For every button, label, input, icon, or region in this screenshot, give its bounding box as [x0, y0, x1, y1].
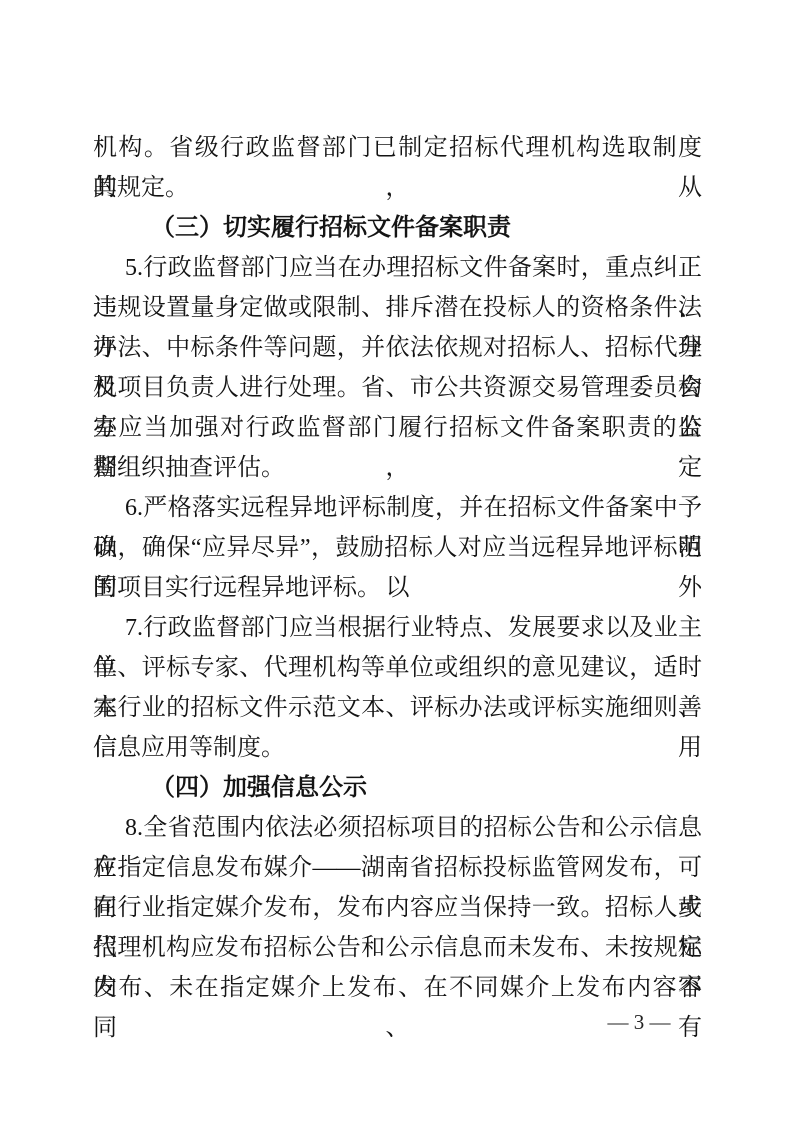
text-line: 7.行政监督部门应当根据行业特点、发展要求以及业主单: [93, 608, 702, 648]
text-line: 8.全省范围内依法必须招标项目的招标公告和公示信息应: [93, 808, 702, 848]
section-heading: （四）加强信息公示: [93, 768, 702, 808]
text-line: 代理机构应发布招标公告和公示信息而未发布、未按规定内容: [93, 928, 702, 968]
document-body: 机构。省级行政监督部门已制定招标代理机构选取制度的，从 其规定。 （三）切实履行…: [93, 128, 702, 1008]
document-page: 机构。省级行政监督部门已制定招标代理机构选取制度的，从 其规定。 （三）切实履行…: [0, 0, 793, 1122]
text-line: 办法、中标条件等问题，并依法依规对招标人、招标代理机构: [93, 328, 702, 368]
text-line: 在行业指定媒介发布，发布内容应当保持一致。招标人或招标: [93, 888, 702, 928]
text-line: 及项目负责人进行处理。省、市公共资源交易管理委员会办公: [93, 368, 702, 408]
text-line: 确，确保“应异尽异”，鼓励招标人对应当远程异地评标范围以外: [93, 528, 702, 568]
text-line: 违规设置量身定做或限制、排斥潜在投标人的资格条件、评分: [93, 288, 702, 328]
text-line: 6.严格落实远程异地评标制度，并在招标文件备案中予以明: [93, 488, 702, 528]
section-heading: （三）切实履行招标文件备案职责: [93, 208, 702, 248]
text-line: 在指定信息发布媒介——湖南省招标投标监管网发布，可同步: [93, 848, 702, 888]
page-number: — 3 —: [593, 1006, 685, 1038]
text-line: 位、评标专家、代理机构等单位或组织的意见建议，适时完善: [93, 648, 702, 688]
text-line: 本行业的招标文件示范文本、评标办法或评标实施细则、信用: [93, 688, 702, 728]
text-line: 5.行政监督部门应当在办理招标文件备案时，重点纠正违法: [93, 248, 702, 288]
text-line: 室应当加强对行政监督部门履行招标文件备案职责的监督，定: [93, 408, 702, 448]
text-line: 机构。省级行政监督部门已制定招标代理机构选取制度的，从: [93, 128, 702, 168]
text-line: 发布、未在指定媒介上发布、在不同媒介上发布内容不同、有: [93, 968, 702, 1008]
